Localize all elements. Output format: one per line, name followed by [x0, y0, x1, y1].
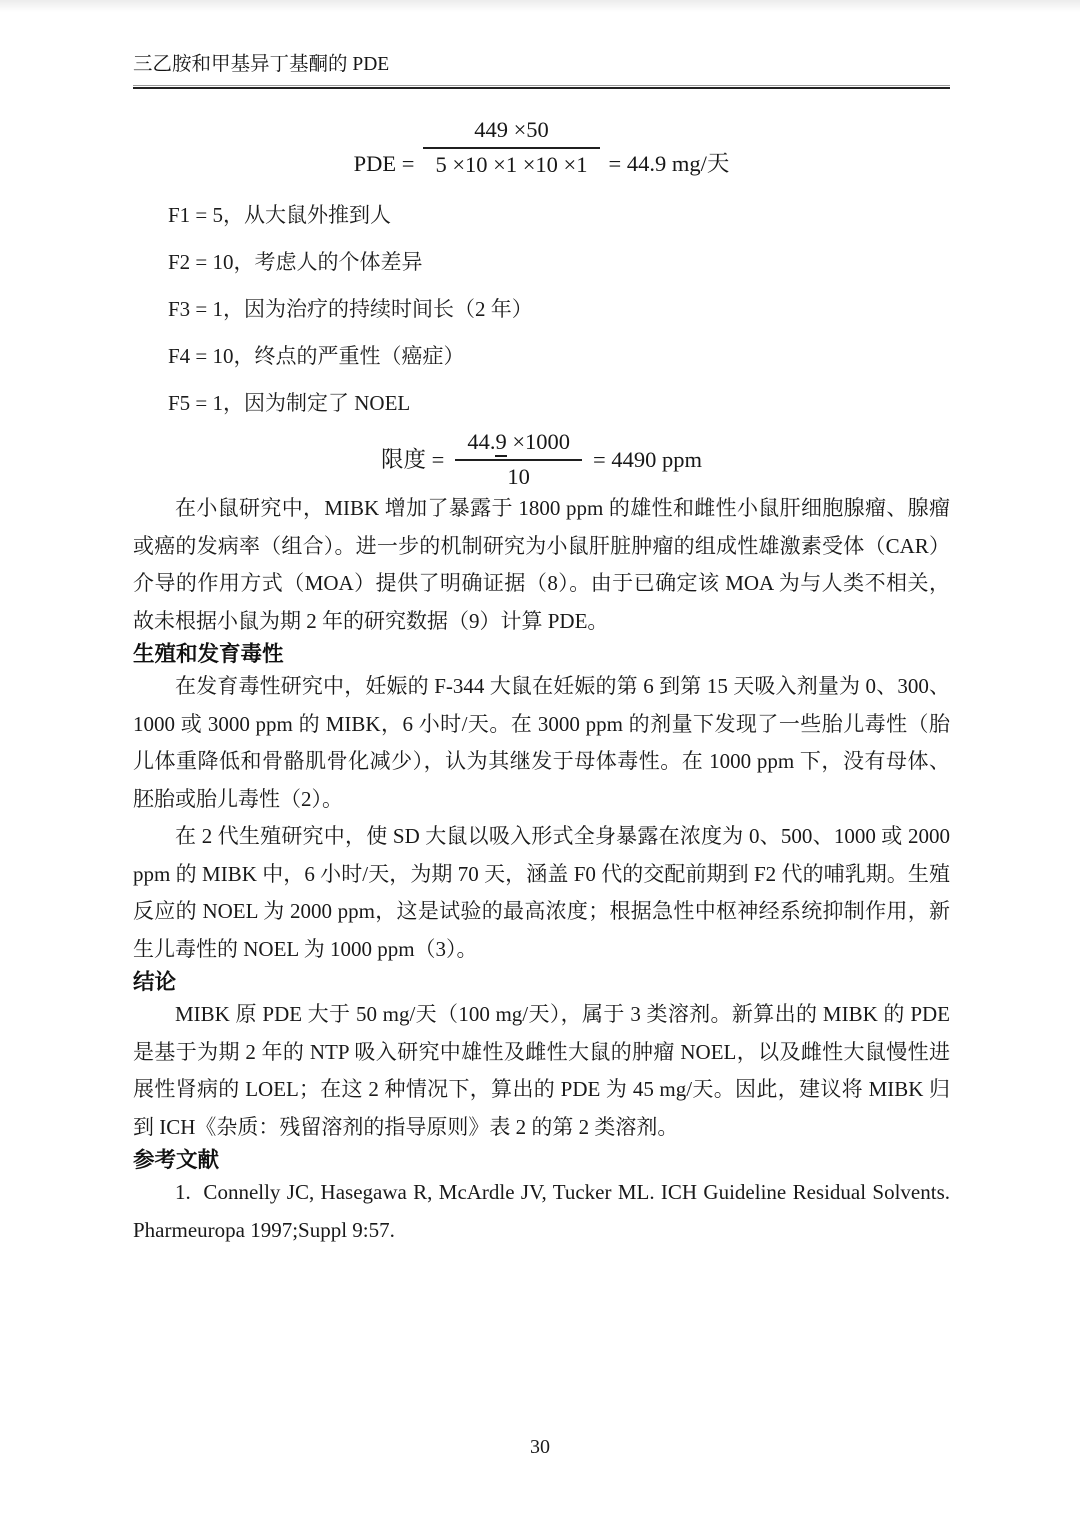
conclusion-paragraph: MIBK 原 PDE 大于 50 mg/天（100 mg/天），属于 3 类溶剂… — [133, 996, 950, 1146]
document-page: { "header": { "title": "三乙胺和甲基异丁基酮的 PDE"… — [0, 0, 1080, 1528]
mouse-study-paragraph: 在小鼠研究中，MIBK 增加了暴露于 1800 ppm 的雄性和雌性小鼠肝细胞腺… — [133, 490, 950, 640]
limit-formula-result: = 4490 ppm — [593, 446, 702, 474]
pde-formula-fraction: 449 ×50 5 ×10 ×1 ×10 ×1 — [423, 117, 599, 178]
pde-formula-result: = 44.9 mg/天 — [609, 150, 730, 178]
factor-item-f3: F3 = 1，因为治疗的持续时间长（2 年） — [168, 286, 950, 333]
header-title: 三乙胺和甲基异丁基酮的 PDE — [133, 52, 950, 78]
limit-formula-denominator: 10 — [455, 459, 582, 490]
limit-formula-fraction: 44.9 ×1000 10 — [455, 429, 582, 490]
limit-numerator-prefix: 44. — [467, 429, 495, 454]
pde-formula: PDE = 449 ×50 5 ×10 ×1 ×10 ×1 = 44.9 mg/… — [133, 117, 950, 178]
header-rule — [133, 85, 950, 89]
limit-numerator-suffix: ×1000 — [507, 429, 570, 454]
page-content: 三乙胺和甲基异丁基酮的 PDE PDE = 449 ×50 5 ×10 ×1 ×… — [0, 0, 1080, 1249]
limit-formula-numerator: 44.9 ×1000 — [455, 429, 582, 459]
developmental-toxicity-paragraph: 在发育毒性研究中，妊娠的 F-344 大鼠在妊娠的第 6 到第 15 天吸入剂量… — [133, 668, 950, 818]
limit-numerator-underlined: 9 — [495, 429, 506, 457]
pde-formula-numerator: 449 ×50 — [423, 117, 599, 147]
factor-item-f1: F1 = 5，从大鼠外推到人 — [168, 192, 950, 239]
factor-item-f5: F5 = 1，因为制定了 NOEL — [168, 380, 950, 427]
conclusion-heading: 结论 — [133, 968, 950, 996]
pde-formula-denominator: 5 ×10 ×1 ×10 ×1 — [423, 147, 599, 178]
two-generation-study-paragraph: 在 2 代生殖研究中，使 SD 大鼠以吸入形式全身暴露在浓度为 0、500、10… — [133, 818, 950, 968]
page-number: 30 — [0, 1436, 1080, 1459]
repro-toxicity-heading: 生殖和发育毒性 — [133, 640, 950, 668]
reference-item-1: 1. Connelly JC, Hasegawa R, McArdle JV, … — [133, 1174, 950, 1249]
page-header: 三乙胺和甲基异丁基酮的 PDE — [133, 52, 950, 89]
limit-formula-lhs: 限度 = — [381, 446, 444, 474]
factor-list: F1 = 5，从大鼠外推到人 F2 = 10，考虑人的个体差异 F3 = 1，因… — [133, 192, 950, 427]
factor-item-f2: F2 = 10，考虑人的个体差异 — [168, 239, 950, 286]
limit-formula: 限度 = 44.9 ×1000 10 = 4490 ppm — [133, 429, 950, 490]
pde-formula-lhs: PDE = — [354, 150, 415, 178]
factor-item-f4: F4 = 10，终点的严重性（癌症） — [168, 333, 950, 380]
references-heading: 参考文献 — [133, 1146, 950, 1174]
